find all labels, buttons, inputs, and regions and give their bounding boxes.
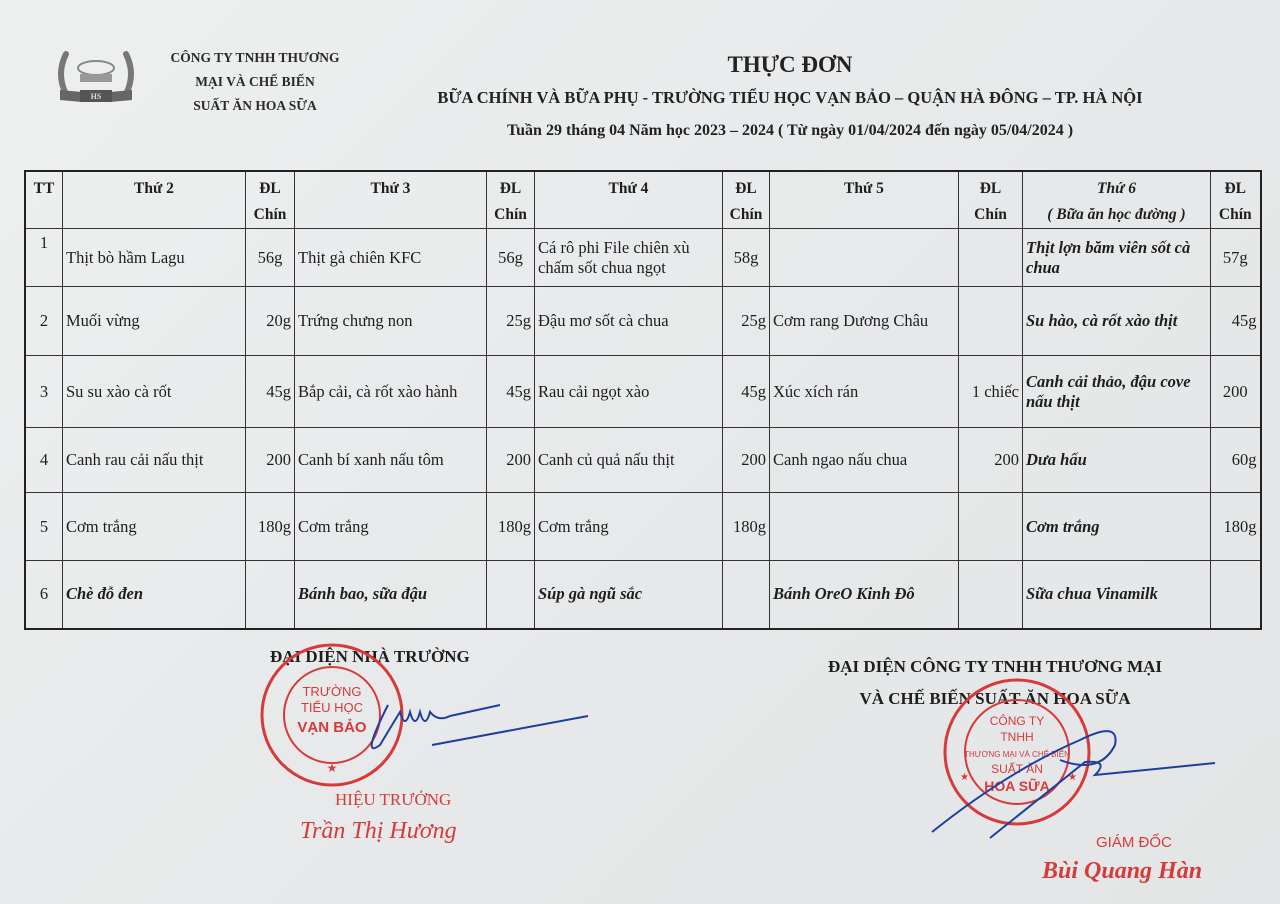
quantity-cell <box>959 287 1023 356</box>
quantity-cell <box>723 561 770 629</box>
school-representative-title: ĐẠI DIỆN NHÀ TRƯỜNG <box>270 647 470 667</box>
dish-cell: Cơm rang Dương Châu <box>770 287 959 356</box>
quantity-cell: 45g <box>487 356 535 428</box>
row-number: 1 <box>25 229 63 287</box>
quantity-cell: 45g <box>723 356 770 428</box>
company-name: CÔNG TY TNHH THƯƠNG MẠI VÀ CHẾ BIẾN SUẤT… <box>150 46 360 118</box>
quantity-cell: 180g <box>723 493 770 561</box>
quantity-cell: 58g <box>723 229 770 287</box>
dish-cell: Bắp cải, cà rốt xào hành <box>295 356 487 428</box>
svg-text:HOA SỮA: HOA SỮA <box>984 777 1050 794</box>
quantity-cell: 57g <box>1211 229 1261 287</box>
svg-text:TRƯỜNG: TRƯỜNG <box>302 684 361 699</box>
quantity-cell: 200 <box>959 428 1023 493</box>
principal-name: Trần Thị Hương <box>300 818 457 845</box>
header-day-3: Thứ 3 <box>295 171 487 229</box>
header-qty: ĐLChín <box>246 171 295 229</box>
company-line: SUẤT ĂN HOA SỮA <box>150 94 360 118</box>
table-header-row: TT Thứ 2 ĐLChín Thứ 3 ĐLChín Thứ 4 ĐLChí… <box>25 171 1261 229</box>
quantity-cell: 25g <box>487 287 535 356</box>
header-day-6: Thứ 6( Bữa ăn học đường ) <box>1023 171 1211 229</box>
header-day-4: Thứ 4 <box>535 171 723 229</box>
menu-table: TT Thứ 2 ĐLChín Thứ 3 ĐLChín Thứ 4 ĐLChí… <box>24 170 1262 630</box>
dish-cell: Canh bí xanh nấu tôm <box>295 428 487 493</box>
week-range: Tuần 29 tháng 04 Năm học 2023 – 2024 ( T… <box>380 122 1200 140</box>
page-title: THỰC ĐƠN <box>380 52 1200 78</box>
quantity-cell <box>1211 561 1261 629</box>
svg-text:VẠN BẢO: VẠN BẢO <box>297 719 367 736</box>
principal-signature-icon <box>372 705 588 748</box>
principal-role: HIỆU TRƯỞNG <box>335 790 451 810</box>
header-qty: ĐLChín <box>1211 171 1261 229</box>
quantity-cell <box>959 561 1023 629</box>
quantity-cell: 200 <box>246 428 295 493</box>
dish-cell: Dưa hấu <box>1023 428 1211 493</box>
company-line: MẠI VÀ CHẾ BIẾN <box>150 70 360 94</box>
quantity-cell: 200 <box>487 428 535 493</box>
table-row: 2Muối vừng20gTrứng chưng non25gĐậu mơ số… <box>25 287 1261 356</box>
page-subtitle: BỮA CHÍNH VÀ BỮA PHỤ - TRƯỜNG TIỂU HỌC V… <box>380 88 1200 108</box>
dish-cell: Cơm trắng <box>295 493 487 561</box>
table-row: 1Thịt bò hầm Lagu56gThịt gà chiên KFC56g… <box>25 229 1261 287</box>
dish-cell: Canh ngao nấu chua <box>770 428 959 493</box>
dish-cell: Su hào, cà rốt xào thịt <box>1023 287 1211 356</box>
dish-cell: Canh củ quả nấu thịt <box>535 428 723 493</box>
header-qty: ĐLChín <box>959 171 1023 229</box>
dish-cell: Bánh bao, sữa đậu <box>295 561 487 629</box>
quantity-cell: 25g <box>723 287 770 356</box>
dish-cell: Xúc xích rán <box>770 356 959 428</box>
header-day-5: Thứ 5 <box>770 171 959 229</box>
dish-cell: Thịt lợn băm viên sốt cà chua <box>1023 229 1211 287</box>
row-number: 5 <box>25 493 63 561</box>
table-row: 6Chè đỗ đenBánh bao, sữa đậuSúp gà ngũ s… <box>25 561 1261 629</box>
svg-text:HS: HS <box>91 92 102 101</box>
quantity-cell: 180g <box>487 493 535 561</box>
dish-cell: Đậu mơ sốt cà chua <box>535 287 723 356</box>
header-qty: ĐLChín <box>487 171 535 229</box>
dish-cell: Canh cải thảo, đậu cove nấu thịt <box>1023 356 1211 428</box>
quantity-cell <box>246 561 295 629</box>
dish-cell: Súp gà ngũ sắc <box>535 561 723 629</box>
dish-cell: Cơm trắng <box>1023 493 1211 561</box>
dish-cell: Thịt gà chiên KFC <box>295 229 487 287</box>
quantity-cell: 45g <box>1211 287 1261 356</box>
table-row: 4Canh rau cải nấu thịt200Canh bí xanh nấ… <box>25 428 1261 493</box>
quantity-cell: 180g <box>246 493 295 561</box>
svg-text:★: ★ <box>960 772 969 783</box>
quantity-cell: 45g <box>246 356 295 428</box>
svg-text:THƯƠNG MẠI VÀ CHẾ BIẾN: THƯƠNG MẠI VÀ CHẾ BIẾN <box>964 749 1070 759</box>
quantity-cell: 200 <box>723 428 770 493</box>
quantity-cell <box>959 229 1023 287</box>
dish-cell: Rau cải ngọt xào <box>535 356 723 428</box>
quantity-cell <box>487 561 535 629</box>
svg-text:★: ★ <box>327 761 338 775</box>
dish-cell <box>770 493 959 561</box>
quantity-cell: 56g <box>487 229 535 287</box>
dish-cell: Chè đỗ đen <box>63 561 246 629</box>
table-row: 3Su su xào cà rốt45gBắp cải, cà rốt xào … <box>25 356 1261 428</box>
header-tt: TT <box>25 171 63 229</box>
quantity-cell: 1 chiếc <box>959 356 1023 428</box>
dish-cell: Su su xào cà rốt <box>63 356 246 428</box>
laurel-wreath-logo-icon: HS <box>52 46 140 112</box>
dish-cell <box>770 229 959 287</box>
svg-text:★: ★ <box>1068 772 1077 783</box>
quantity-cell: 60g <box>1211 428 1261 493</box>
dish-cell: Sữa chua Vinamilk <box>1023 561 1211 629</box>
svg-text:CÔNG TY: CÔNG TY <box>990 713 1044 728</box>
row-number: 3 <box>25 356 63 428</box>
header-day-2: Thứ 2 <box>63 171 246 229</box>
director-name: Bùi Quang Hàn <box>1042 858 1202 885</box>
dish-cell: Cá rô phi File chiên xù chấm sốt chua ng… <box>535 229 723 287</box>
dish-cell: Cơm trắng <box>63 493 246 561</box>
company-line: CÔNG TY TNHH THƯƠNG <box>150 46 360 70</box>
quantity-cell: 56g <box>246 229 295 287</box>
row-number: 2 <box>25 287 63 356</box>
dish-cell: Cơm trắng <box>535 493 723 561</box>
dish-cell: Muối vừng <box>63 287 246 356</box>
dish-cell: Bánh OreO Kinh Đô <box>770 561 959 629</box>
company-representative-title: ĐẠI DIỆN CÔNG TY TNHH THƯƠNG MẠI VÀ CHẾ … <box>790 651 1200 715</box>
director-role: GIÁM ĐỐC <box>1096 834 1172 851</box>
quantity-cell <box>959 493 1023 561</box>
dish-cell: Thịt bò hầm Lagu <box>63 229 246 287</box>
row-number: 6 <box>25 561 63 629</box>
table-row: 5Cơm trắng180gCơm trắng180gCơm trắng180g… <box>25 493 1261 561</box>
svg-text:TIỂU HỌC: TIỂU HỌC <box>301 700 363 715</box>
quantity-cell: 180g <box>1211 493 1261 561</box>
row-number: 4 <box>25 428 63 493</box>
svg-text:SUẤT ĂN: SUẤT ĂN <box>991 761 1043 776</box>
svg-text:TNHH: TNHH <box>1000 730 1033 744</box>
header-qty: ĐLChín <box>723 171 770 229</box>
quantity-cell: 200 <box>1211 356 1261 428</box>
quantity-cell: 20g <box>246 287 295 356</box>
dish-cell: Canh rau cải nấu thịt <box>63 428 246 493</box>
dish-cell: Trứng chưng non <box>295 287 487 356</box>
director-signature-icon <box>932 731 1215 838</box>
